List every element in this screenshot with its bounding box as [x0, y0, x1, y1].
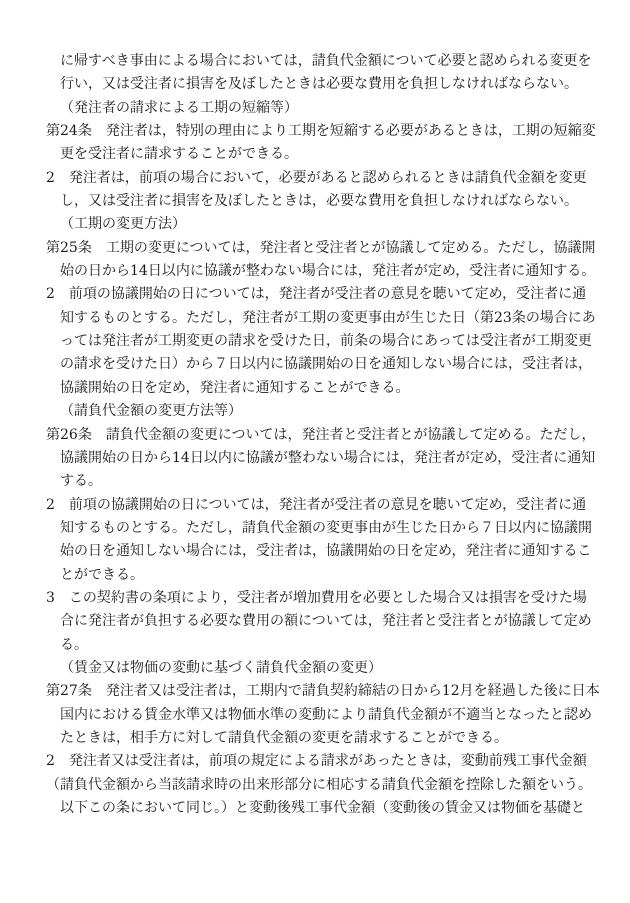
document-line-continuation-paren: （請負代金額から当該請求時の出来形部分に相応する請負代金額を控除した額をいう。: [46, 774, 606, 797]
document-line-paragraph: 2 発注者又は受注者は，前項の規定による請求があったときは，変動前残工事代金額: [46, 750, 606, 773]
document-line-continuation: っては発注者が工期変更の請求を受けた日，前条の場合にあっては受注者が工期変更: [46, 330, 606, 353]
document-line-article: 第26条 請負代金額の変更については，発注者と受注者とが協議して定める。ただし，: [46, 424, 606, 447]
document-line-article: 第24条 発注者は，特別の理由により工期を短縮する必要があるときは，工期の短縮変: [46, 120, 606, 143]
document-line-continuation: 更を受注者に請求することができる。: [46, 143, 606, 166]
document-line-continuation: 始の日から14日以内に協議が整わない場合には，発注者が定め，受注者に通知する。: [46, 260, 606, 283]
document-line-paragraph: 3 この契約書の条項により，受注者が増加費用を必要とした場合又は損害を受けた場: [46, 587, 606, 610]
document-line-continuation: 知するものとする。ただし，発注者が工期の変更事由が生じた日（第23条の場合にあ: [46, 307, 606, 330]
document-page: に帰すべき事由による場合においては，請負代金額について必要と認められる変更を行い…: [0, 0, 630, 903]
document-line-continuation: する。: [46, 470, 606, 493]
document-line-continuation: 協議開始の日から14日以内に協議が整わない場合には，発注者が定め，受注者に通知: [46, 447, 606, 470]
document-line-continuation: る。: [46, 634, 606, 657]
document-line-heading: （請負代金額の変更方法等）: [46, 400, 606, 423]
document-line-continuation: 合に発注者が負担する必要な費用の額については，発注者と受注者とが協議して定め: [46, 610, 606, 633]
document-line-heading: （工期の変更方法）: [46, 213, 606, 236]
document-line-continuation: し，又は受注者に損害を及ぼしたときは，必要な費用を負担しなければならない。: [46, 190, 606, 213]
document-line-continuation: の請求を受けた日）から７日以内に協議開始の日を通知しない場合には，受注者は，: [46, 353, 606, 376]
document-line-continuation: とができる。: [46, 564, 606, 587]
document-line-continuation: 国内における賃金水準又は物価水準の変動により請負代金額が不適当となったと認め: [46, 704, 606, 727]
document-line-continuation: 行い，又は受注者に損害を及ぼしたときは必要な費用を負担しなければならない。: [46, 73, 606, 96]
document-line-continuation: 始の日を通知しない場合には，受注者は，協議開始の日を定め，発注者に通知するこ: [46, 540, 606, 563]
document-line-article: 第27条 発注者又は受注者は，工期内で請負契約締結の日から12月を経過した後に日…: [46, 680, 606, 703]
document-line-continuation: たときは，相手方に対して請負代金額の変更を請求することができる。: [46, 727, 606, 750]
document-line-heading: （発注者の請求による工期の短縮等）: [46, 97, 606, 120]
document-line-continuation: 知するものとする。ただし，請負代金額の変更事由が生じた日から７日以内に協議開: [46, 517, 606, 540]
document-text-block: に帰すべき事由による場合においては，請負代金額について必要と認められる変更を行い…: [46, 50, 606, 820]
document-line-continuation: 以下この条において同じ。）と変動後残工事代金額（変動後の賃金又は物価を基礎と: [46, 797, 606, 820]
document-line-continuation: に帰すべき事由による場合においては，請負代金額について必要と認められる変更を: [46, 50, 606, 73]
document-line-paragraph: 2 前項の協議開始の日については，発注者が受注者の意見を聴いて定め，受注者に通: [46, 494, 606, 517]
document-line-paragraph: 2 前項の協議開始の日については，発注者が受注者の意見を聴いて定め，受注者に通: [46, 283, 606, 306]
document-line-article: 第25条 工期の変更については，発注者と受注者とが協議して定める。ただし，協議開: [46, 237, 606, 260]
document-line-paragraph: 2 発注者は，前項の場合において，必要があると認められるときは請負代金額を変更: [46, 167, 606, 190]
document-line-heading: （賃金又は物価の変動に基づく請負代金額の変更）: [46, 657, 606, 680]
document-line-continuation: 協議開始の日を定め，発注者に通知することができる。: [46, 377, 606, 400]
